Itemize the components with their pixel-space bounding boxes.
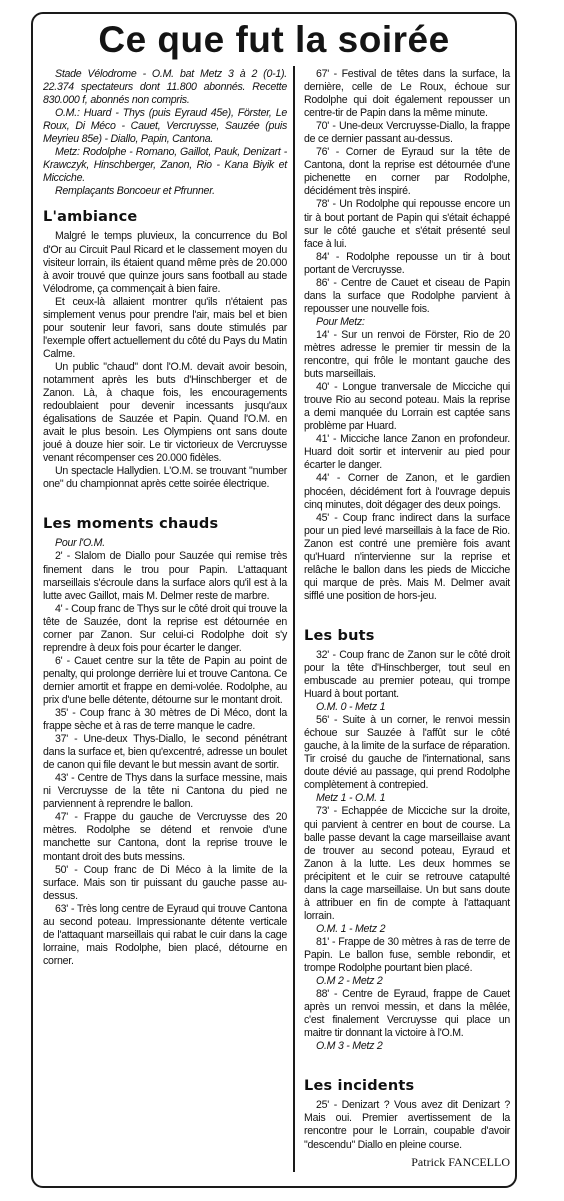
moment-item: 78' - Un Rodolphe qui repousse encore un… xyxy=(304,198,510,250)
goal-item: 88' - Centre de Eyraud, frappe de Cauet … xyxy=(304,988,510,1040)
moment-item: 47' - Frappe du gauche de Vercruysse des… xyxy=(43,811,287,863)
goal-item: 32' - Coup franc de Zanon sur le côté dr… xyxy=(304,649,510,701)
summary-line: Remplaçants Boncoeur et Pfrunner. xyxy=(43,185,287,198)
moment-item: 76' - Corner de Eyraud sur la tête de Ca… xyxy=(304,146,510,198)
moment-item: 41' - Micciche lance Zanon en profondeur… xyxy=(304,433,510,472)
moment-item: 4' - Coup franc de Thys sur le côté droi… xyxy=(43,603,287,655)
section-heading-ambiance: L'ambiance xyxy=(43,208,287,226)
summary-line: Stade Vélodrome - O.M. bat Metz 3 à 2 (0… xyxy=(43,68,287,107)
left-column: Stade Vélodrome - O.M. bat Metz 3 à 2 (0… xyxy=(43,68,287,968)
moment-item: 45' - Coup franc indirect dans la surfac… xyxy=(304,512,510,603)
section-heading-moments: Les moments chauds xyxy=(43,515,287,533)
summary-line: Metz: Rodolphe - Romano, Gaillot, Pauk, … xyxy=(43,146,287,185)
paragraph: Un public "chaud" dont l'O.M. devait avo… xyxy=(43,361,287,465)
moment-item: 43' - Centre de Thys dans la surface mes… xyxy=(43,772,287,811)
goal-item: 73' - Echappée de Micciche sur la droite… xyxy=(304,805,510,922)
paragraph: Malgré le temps pluvieux, la concurrence… xyxy=(43,230,287,295)
moment-item: 37' - Une-deux Thys-Diallo, le second pé… xyxy=(43,733,287,772)
goal-score: O.M. 0 - Metz 1 xyxy=(304,701,510,714)
summary-line: O.M.: Huard - Thys (puis Eyraud 45e), Fö… xyxy=(43,107,287,146)
subheading-metz: Pour Metz: xyxy=(304,316,510,329)
paragraph: 25' - Denizart ? Vous avez dit Denizart … xyxy=(304,1099,510,1151)
goal-item: 56' - Suite à un corner, le renvoi messi… xyxy=(304,714,510,792)
goal-score: Metz 1 - O.M. 1 xyxy=(304,792,510,805)
moment-item: 70' - Une-deux Vercruysse-Diallo, la fra… xyxy=(304,120,510,146)
goal-score: O.M 3 - Metz 2 xyxy=(304,1040,510,1053)
goal-score: O.M. 1 - Metz 2 xyxy=(304,923,510,936)
section-heading-incidents: Les incidents xyxy=(304,1077,510,1095)
moment-item: 40' - Longue tranversale de Micciche qui… xyxy=(304,381,510,433)
moment-item: 14' - Sur un renvoi de Förster, Rio de 2… xyxy=(304,329,510,381)
subheading-om: Pour l'O.M. xyxy=(43,537,287,550)
moment-item: 6' - Cauet centre sur la tête de Papin a… xyxy=(43,655,287,707)
moment-item: 86' - Centre de Cauet et ciseau de Papin… xyxy=(304,277,510,316)
section-heading-buts: Les buts xyxy=(304,627,510,645)
moment-item: 84' - Rodolphe repousse un tir à bout po… xyxy=(304,251,510,277)
paragraph: Un spectacle Hallydien. L'O.M. se trouva… xyxy=(43,465,287,491)
moment-item: 63' - Très long centre de Eyraud qui tro… xyxy=(43,903,287,968)
moment-item: 35' - Coup franc à 30 mètres de Di Méco,… xyxy=(43,707,287,733)
goal-item: 81' - Frappe de 30 mètres à ras de terre… xyxy=(304,936,510,975)
moment-item: 44' - Corner de Zanon, et le gardien pho… xyxy=(304,472,510,511)
right-column: 67' - Festival de têtes dans la surface,… xyxy=(304,68,510,1169)
match-summary: Stade Vélodrome - O.M. bat Metz 3 à 2 (0… xyxy=(43,68,287,198)
moment-item: 50' - Coup franc de Di Méco à la limite … xyxy=(43,864,287,903)
column-divider xyxy=(293,66,295,1172)
article-title: Ce que fut la soirée xyxy=(31,16,517,64)
paragraph: Et ceux-là allaient montrer qu'ils n'éta… xyxy=(43,296,287,361)
moment-item: 2' - Slalom de Diallo pour Sauzée qui re… xyxy=(43,550,287,602)
moment-item: 67' - Festival de têtes dans la surface,… xyxy=(304,68,510,120)
author-signature: Patrick FANCELLO xyxy=(304,1156,510,1169)
goal-score: O.M 2 - Metz 2 xyxy=(304,975,510,988)
